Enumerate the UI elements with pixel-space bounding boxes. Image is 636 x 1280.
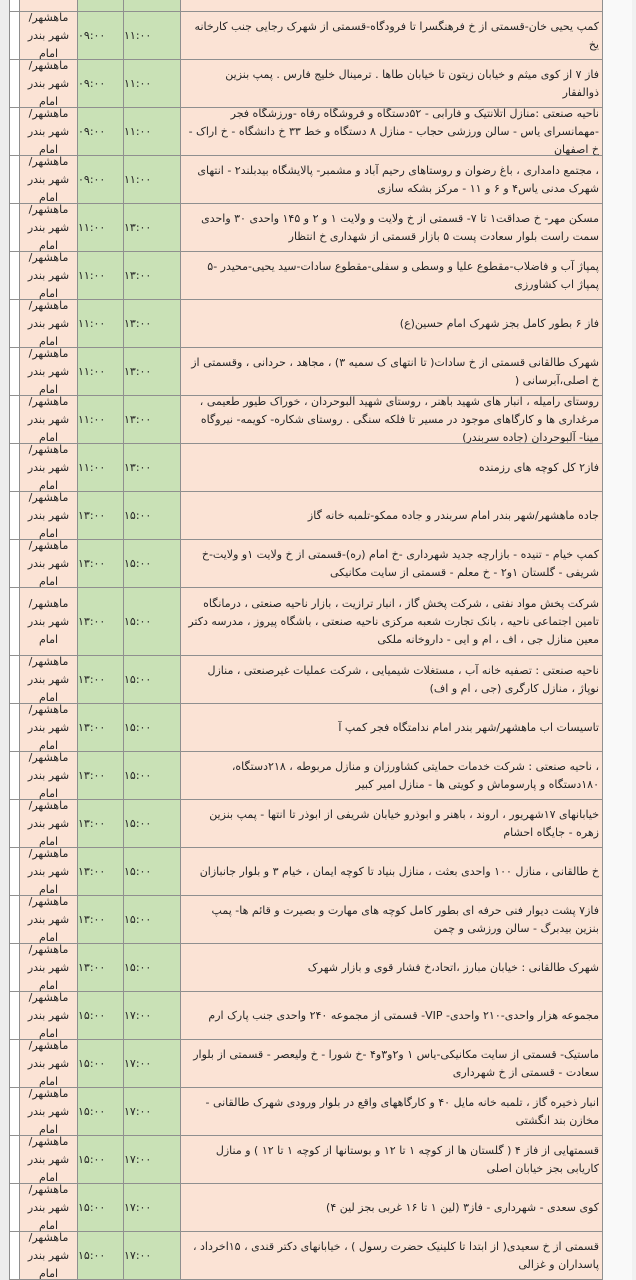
row-index-cell: [9, 204, 20, 252]
end-time-cell: ۱۳:۰۰: [124, 396, 181, 444]
area-description-text: تاسیسات اب ماهشهر/شهر بندر امام ندامتگاه…: [187, 719, 599, 737]
right-edge-strip: [632, 156, 636, 204]
table-row: ماهشهر/شهر بندر امام۱۳:۰۰۱۵:۰۰شهرک طالقا…: [0, 944, 636, 992]
right-edge-strip: [632, 0, 636, 12]
area-description-text: شرکت پخش مواد نفتی ، شرکت پخش گاز ، انبا…: [187, 595, 599, 649]
start-time-cell: ۱۵:۰۰: [78, 992, 124, 1040]
area-description-cell: پمپاژ آب و فاضلاب-مقطوع علیا و وسطی و سف…: [181, 252, 603, 300]
page-left-margin: [0, 0, 9, 12]
page-left-margin: [0, 252, 9, 300]
row-index-cell: [9, 108, 20, 156]
table-row: ماهشهر/شهر بندر امام۱۳:۰۰۱۵:۰۰فاز۷ پشت د…: [0, 896, 636, 944]
table-row-partial: [0, 0, 636, 12]
area-description-cell: شهرک طالقانی قسمتی از خ سادات( تا انتهای…: [181, 348, 603, 396]
start-time-cell: ۱۱:۰۰: [78, 204, 124, 252]
end-time-cell: ۱۵:۰۰: [124, 896, 181, 944]
area-description-cell: قسمتهایی از فاز ۴ ( گلستان ها از کوچه ۱ …: [181, 1136, 603, 1184]
right-edge-strip: [632, 588, 636, 656]
area-description-cell: شرکت پخش مواد نفتی ، شرکت پخش گاز ، انبا…: [181, 588, 603, 656]
table-row: ماهشهر/شهر بندر امام۱۳:۰۰۱۵:۰۰ناحیه صنعت…: [0, 656, 636, 704]
table-row: ماهشهر/شهر بندر امام۰۹:۰۰۱۱:۰۰فاز ۷ از ک…: [0, 60, 636, 108]
city-cell: ماهشهر/شهر بندر امام: [20, 204, 78, 252]
right-edge-strip: [632, 12, 636, 60]
page-left-margin: [0, 1040, 9, 1088]
area-description-cell: فاز۲ کل کوچه های رزمنده: [181, 444, 603, 492]
row-index-cell: [9, 752, 20, 800]
table-row: ماهشهر/شهر بندر امام۱۵:۰۰۱۷:۰۰مجموعه هزا…: [0, 992, 636, 1040]
city-cell: ماهشهر/شهر بندر امام: [20, 12, 78, 60]
city-cell: ماهشهر/شهر بندر امام: [20, 1136, 78, 1184]
city-cell: ماهشهر/شهر بندر امام: [20, 1040, 78, 1088]
page-left-margin: [0, 300, 9, 348]
table-row: ماهشهر/شهر بندر امام۱۱:۰۰۱۳:۰۰شهرک طالقا…: [0, 348, 636, 396]
start-time-cell: ۱۳:۰۰: [78, 848, 124, 896]
city-cell: ماهشهر/شهر بندر امام: [20, 348, 78, 396]
row-index-cell: [9, 444, 20, 492]
right-margin: [603, 252, 632, 300]
end-time-cell: ۱۵:۰۰: [124, 800, 181, 848]
right-margin: [603, 12, 632, 60]
outage-schedule-table: ماهشهر/شهر بندر امام۰۹:۰۰۱۱:۰۰کمپ یحیی خ…: [0, 0, 636, 1280]
page-left-margin: [0, 396, 9, 444]
end-time-cell: ۱۳:۰۰: [124, 252, 181, 300]
area-description-text: ، ناحیه صنعتی : شرکت خدمات حمایتی کشاورز…: [187, 758, 599, 794]
page-left-margin: [0, 60, 9, 108]
page-left-margin: [0, 992, 9, 1040]
table-row: ماهشهر/شهر بندر امام۰۹:۰۰۱۱:۰۰، مجتمع دا…: [0, 156, 636, 204]
right-edge-strip: [632, 540, 636, 588]
end-time-cell: ۱۵:۰۰: [124, 492, 181, 540]
city-cell: ماهشهر/شهر بندر امام: [20, 108, 78, 156]
table-row: ماهشهر/شهر بندر امام۱۳:۰۰۱۵:۰۰کمپ خیام -…: [0, 540, 636, 588]
right-edge-strip: [632, 944, 636, 992]
table-row: ماهشهر/شهر بندر امام۱۳:۰۰۱۵:۰۰خ طالقانی …: [0, 848, 636, 896]
start-time-cell: ۰۹:۰۰: [78, 108, 124, 156]
area-description-text: کمپ خیام - تنیده - بازارچه جدید شهرداری …: [187, 546, 599, 582]
right-margin: [603, 656, 632, 704]
row-index-cell: [9, 12, 20, 60]
end-time-cell: [124, 0, 181, 12]
area-description-cell: مسکن مهر- خ صداقت۱ تا ۷- قسمتی از خ ولای…: [181, 204, 603, 252]
start-time-cell: ۱۳:۰۰: [78, 944, 124, 992]
end-time-cell: ۱۳:۰۰: [124, 348, 181, 396]
end-time-cell: ۱۵:۰۰: [124, 944, 181, 992]
area-description-cell: روستای رامیله ، انبار های شهید باهنر ، ر…: [181, 396, 603, 444]
area-description-text: فاز ۶ بطور کامل بجز شهرک امام حسین(ع): [187, 315, 599, 333]
page-left-margin: [0, 896, 9, 944]
right-edge-strip: [632, 492, 636, 540]
area-description-cell: ناحیه صنعتی :منازل آتلانتیک و فارابی - ۵…: [181, 108, 603, 156]
right-edge-strip: [632, 656, 636, 704]
row-index-cell: [9, 60, 20, 108]
start-time-cell: ۱۳:۰۰: [78, 704, 124, 752]
end-time-cell: ۱۱:۰۰: [124, 108, 181, 156]
city-cell: ماهشهر/شهر بندر امام: [20, 1184, 78, 1232]
area-description-cell: ، ناحیه صنعتی : شرکت خدمات حمایتی کشاورز…: [181, 752, 603, 800]
right-margin: [603, 0, 632, 12]
page-left-margin: [0, 944, 9, 992]
city-cell: ماهشهر/شهر بندر امام: [20, 396, 78, 444]
right-margin: [603, 108, 632, 156]
area-description-cell: شهرک طالقانی : خیابان مبارز ،اتحاد،خ فشا…: [181, 944, 603, 992]
page-left-margin: [0, 1136, 9, 1184]
right-edge-strip: [632, 1136, 636, 1184]
area-description-text: فاز۲ کل کوچه های رزمنده: [187, 459, 599, 477]
area-description-text: جاده ماهشهر/شهر بندر امام سربندر و جاده …: [187, 507, 599, 525]
area-description-cell: مجموعه هزار واحدی-۲۱۰ واحدی- VIP- قسمتی …: [181, 992, 603, 1040]
right-edge-strip: [632, 1232, 636, 1280]
city-cell: ماهشهر/شهر بندر امام: [20, 492, 78, 540]
row-index-cell: [9, 1136, 20, 1184]
start-time-cell: ۱۳:۰۰: [78, 896, 124, 944]
row-index-cell: [9, 348, 20, 396]
area-description-text: قسمتهایی از فاز ۴ ( گلستان ها از کوچه ۱ …: [187, 1142, 599, 1178]
area-description-text: روستای رامیله ، انبار های شهید باهنر ، ر…: [187, 396, 599, 444]
row-index-cell: [9, 944, 20, 992]
start-time-cell: ۱۳:۰۰: [78, 588, 124, 656]
table-row: ماهشهر/شهر بندر امام۱۵:۰۰۱۷:۰۰قسمتی از خ…: [0, 1232, 636, 1280]
right-margin: [603, 704, 632, 752]
end-time-cell: ۱۳:۰۰: [124, 300, 181, 348]
page-left-margin: [0, 156, 9, 204]
area-description-cell: [181, 0, 603, 12]
table-row: ماهشهر/شهر بندر امام۱۵:۰۰۱۷:۰۰قسمتهایی ا…: [0, 1136, 636, 1184]
row-index-cell: [9, 0, 20, 12]
right-margin: [603, 1136, 632, 1184]
start-time-cell: ۱۱:۰۰: [78, 252, 124, 300]
right-edge-strip: [632, 992, 636, 1040]
right-margin: [603, 540, 632, 588]
row-index-cell: [9, 540, 20, 588]
right-margin: [603, 1184, 632, 1232]
city-cell: ماهشهر/شهر بندر امام: [20, 800, 78, 848]
start-time-cell: ۱۱:۰۰: [78, 396, 124, 444]
end-time-cell: ۱۷:۰۰: [124, 1184, 181, 1232]
right-margin: [603, 752, 632, 800]
start-time-cell: ۱۵:۰۰: [78, 1232, 124, 1280]
end-time-cell: ۱۵:۰۰: [124, 656, 181, 704]
end-time-cell: ۱۳:۰۰: [124, 204, 181, 252]
table-row: ماهشهر/شهر بندر امام۱۱:۰۰۱۳:۰۰مسکن مهر- …: [0, 204, 636, 252]
right-edge-strip: [632, 108, 636, 156]
area-description-cell: ناحیه صنعتی : تصفیه خانه آب ، مستغلات شی…: [181, 656, 603, 704]
page-left-margin: [0, 800, 9, 848]
row-index-cell: [9, 848, 20, 896]
area-description-cell: کمپ یحیی خان-قسمتی از خ فرهنگسرا تا فرود…: [181, 12, 603, 60]
start-time-cell: ۱۳:۰۰: [78, 800, 124, 848]
row-index-cell: [9, 252, 20, 300]
page-left-margin: [0, 348, 9, 396]
right-margin: [603, 800, 632, 848]
table-row: ماهشهر/شهر بندر امام۱۳:۰۰۱۵:۰۰، ناحیه صن…: [0, 752, 636, 800]
table-row: ماهشهر/شهر بندر امام۱۵:۰۰۱۷:۰۰کوی سعدی -…: [0, 1184, 636, 1232]
end-time-cell: ۱۷:۰۰: [124, 1088, 181, 1136]
right-margin: [603, 60, 632, 108]
row-index-cell: [9, 156, 20, 204]
row-index-cell: [9, 800, 20, 848]
end-time-cell: ۱۷:۰۰: [124, 1040, 181, 1088]
right-edge-strip: [632, 1184, 636, 1232]
area-description-cell: فاز۷ پشت دیوار فنی حرفه ای بطور کامل کوچ…: [181, 896, 603, 944]
end-time-cell: ۱۵:۰۰: [124, 848, 181, 896]
area-description-text: فاز ۷ از کوی میثم و خیابان زیتون تا خیاب…: [187, 66, 599, 102]
end-time-cell: ۱۷:۰۰: [124, 1232, 181, 1280]
right-edge-strip: [632, 348, 636, 396]
right-edge-strip: [632, 752, 636, 800]
start-time-cell: ۱۵:۰۰: [78, 1184, 124, 1232]
table-row: ماهشهر/شهر بندر امام۱۱:۰۰۱۳:۰۰فاز۲ کل کو…: [0, 444, 636, 492]
right-margin: [603, 444, 632, 492]
start-time-cell: ۱۱:۰۰: [78, 300, 124, 348]
page-left-margin: [0, 444, 9, 492]
right-edge-strip: [632, 800, 636, 848]
start-time-cell: ۱۵:۰۰: [78, 1040, 124, 1088]
area-description-text: مسکن مهر- خ صداقت۱ تا ۷- قسمتی از خ ولای…: [187, 210, 599, 246]
end-time-cell: ۱۷:۰۰: [124, 992, 181, 1040]
right-margin: [603, 348, 632, 396]
table-row: ماهشهر/شهر بندر امام۱۱:۰۰۱۳:۰۰پمپاژ آب و…: [0, 252, 636, 300]
table-row: ماهشهر/شهر بندر امام۰۹:۰۰۱۱:۰۰کمپ یحیی خ…: [0, 12, 636, 60]
area-description-cell: ، مجتمع دامداری ، باغ رضوان و روستاهای ر…: [181, 156, 603, 204]
table-row: ماهشهر/شهر بندر امام۱۳:۰۰۱۵:۰۰تاسیسات اب…: [0, 704, 636, 752]
page-left-margin: [0, 1232, 9, 1280]
area-description-cell: تاسیسات اب ماهشهر/شهر بندر امام ندامتگاه…: [181, 704, 603, 752]
page-left-margin: [0, 12, 9, 60]
city-cell: ماهشهر/شهر بندر امام: [20, 848, 78, 896]
right-margin: [603, 992, 632, 1040]
page-left-margin: [0, 492, 9, 540]
table-row: ماهشهر/شهر بندر امام۱۱:۰۰۱۳:۰۰فاز ۶ بطور…: [0, 300, 636, 348]
page-left-margin: [0, 704, 9, 752]
table-row: ماهشهر/شهر بندر امام۱۵:۰۰۱۷:۰۰ماستیک- قس…: [0, 1040, 636, 1088]
page-left-margin: [0, 1184, 9, 1232]
right-edge-strip: [632, 396, 636, 444]
row-index-cell: [9, 588, 20, 656]
area-description-text: خ طالقانی ، منازل ۱۰۰ واحدی بعثت ، منازل…: [187, 863, 599, 881]
start-time-cell: ۰۹:۰۰: [78, 156, 124, 204]
row-index-cell: [9, 656, 20, 704]
end-time-cell: ۱۱:۰۰: [124, 60, 181, 108]
start-time-cell: ۱۵:۰۰: [78, 1088, 124, 1136]
area-description-cell: جاده ماهشهر/شهر بندر امام سربندر و جاده …: [181, 492, 603, 540]
table-row: ماهشهر/شهر بندر امام۱۱:۰۰۱۳:۰۰روستای رام…: [0, 396, 636, 444]
city-cell: ماهشهر/شهر بندر امام: [20, 944, 78, 992]
area-description-cell: خ طالقانی ، منازل ۱۰۰ واحدی بعثت ، منازل…: [181, 848, 603, 896]
city-cell: ماهشهر/شهر بندر امام: [20, 444, 78, 492]
page-left-margin: [0, 752, 9, 800]
table-row: ماهشهر/شهر بندر امام۱۳:۰۰۱۵:۰۰شرکت پخش م…: [0, 588, 636, 656]
city-cell: ماهشهر/شهر بندر امام: [20, 300, 78, 348]
start-time-cell: [78, 0, 124, 12]
right-edge-strip: [632, 60, 636, 108]
right-margin: [603, 156, 632, 204]
area-description-cell: کمپ خیام - تنیده - بازارچه جدید شهرداری …: [181, 540, 603, 588]
page-left-margin: [0, 588, 9, 656]
table-row: ماهشهر/شهر بندر امام۱۳:۰۰۱۵:۰۰خیابانهای …: [0, 800, 636, 848]
start-time-cell: ۱۳:۰۰: [78, 492, 124, 540]
right-edge-strip: [632, 896, 636, 944]
start-time-cell: ۱۳:۰۰: [78, 540, 124, 588]
page-left-margin: [0, 848, 9, 896]
table-row: ماهشهر/شهر بندر امام۱۳:۰۰۱۵:۰۰جاده ماهشه…: [0, 492, 636, 540]
page-left-margin: [0, 108, 9, 156]
right-edge-strip: [632, 300, 636, 348]
right-margin: [603, 944, 632, 992]
right-edge-strip: [632, 204, 636, 252]
city-cell: ماهشهر/شهر بندر امام: [20, 156, 78, 204]
area-description-text: ناحیه صنعتی :منازل آتلانتیک و فارابی - ۵…: [187, 108, 599, 156]
right-margin: [603, 848, 632, 896]
end-time-cell: ۱۵:۰۰: [124, 752, 181, 800]
end-time-cell: ۱۵:۰۰: [124, 588, 181, 656]
area-description-text: قسمتی از خ سعیدی( از ابتدا تا کلینیک حضر…: [187, 1238, 599, 1274]
row-index-cell: [9, 492, 20, 540]
area-description-text: کوی سعدی - شهرداری - فاز۳ (لین ۱ تا ۱۶ غ…: [187, 1199, 599, 1217]
page-left-margin: [0, 1088, 9, 1136]
right-margin: [603, 1040, 632, 1088]
city-cell: ماهشهر/شهر بندر امام: [20, 896, 78, 944]
area-description-text: شهرک طالقانی قسمتی از خ سادات( تا انتهای…: [187, 354, 599, 390]
area-description-cell: ماستیک- قسمتی از سایت مکانیکی-یاس ۱ و۲و۳…: [181, 1040, 603, 1088]
start-time-cell: ۰۹:۰۰: [78, 12, 124, 60]
start-time-cell: ۱۱:۰۰: [78, 348, 124, 396]
end-time-cell: ۱۵:۰۰: [124, 540, 181, 588]
page-left-margin: [0, 656, 9, 704]
start-time-cell: ۱۱:۰۰: [78, 444, 124, 492]
row-index-cell: [9, 396, 20, 444]
row-index-cell: [9, 992, 20, 1040]
area-description-cell: فاز ۷ از کوی میثم و خیابان زیتون تا خیاب…: [181, 60, 603, 108]
start-time-cell: ۱۳:۰۰: [78, 656, 124, 704]
city-cell: ماهشهر/شهر بندر امام: [20, 992, 78, 1040]
area-description-text: ماستیک- قسمتی از سایت مکانیکی-یاس ۱ و۲و۳…: [187, 1046, 599, 1082]
city-cell: [20, 0, 78, 12]
area-description-text: مجموعه هزار واحدی-۲۱۰ واحدی- VIP- قسمتی …: [187, 1007, 599, 1025]
right-margin: [603, 396, 632, 444]
area-description-text: کمپ یحیی خان-قسمتی از خ فرهنگسرا تا فرود…: [187, 18, 599, 54]
city-cell: ماهشهر/شهر بندر امام: [20, 60, 78, 108]
end-time-cell: ۱۳:۰۰: [124, 444, 181, 492]
right-margin: [603, 588, 632, 656]
area-description-text: ناحیه صنعتی : تصفیه خانه آب ، مستغلات شی…: [187, 662, 599, 698]
right-edge-strip: [632, 704, 636, 752]
city-cell: ماهشهر/شهر بندر امام: [20, 656, 78, 704]
area-description-cell: کوی سعدی - شهرداری - فاز۳ (لین ۱ تا ۱۶ غ…: [181, 1184, 603, 1232]
right-edge-strip: [632, 1088, 636, 1136]
area-description-text: خیابانهای ۱۷شهریور ، اروند ، باهنر و ابو…: [187, 806, 599, 842]
start-time-cell: ۰۹:۰۰: [78, 60, 124, 108]
right-edge-strip: [632, 848, 636, 896]
page-left-margin: [0, 540, 9, 588]
end-time-cell: ۱۱:۰۰: [124, 12, 181, 60]
right-margin: [603, 1088, 632, 1136]
right-edge-strip: [632, 252, 636, 300]
area-description-text: انبار ذخیره گاز ، تلمبه خانه مایل ۴۰ و ک…: [187, 1094, 599, 1130]
city-cell: ماهشهر/شهر بندر امام: [20, 752, 78, 800]
start-time-cell: ۱۳:۰۰: [78, 752, 124, 800]
table-row: ماهشهر/شهر بندر امام۱۵:۰۰۱۷:۰۰انبار ذخیر…: [0, 1088, 636, 1136]
table-row: ماهشهر/شهر بندر امام۰۹:۰۰۱۱:۰۰ناحیه صنعت…: [0, 108, 636, 156]
row-index-cell: [9, 1040, 20, 1088]
area-description-cell: قسمتی از خ سعیدی( از ابتدا تا کلینیک حضر…: [181, 1232, 603, 1280]
area-description-cell: خیابانهای ۱۷شهریور ، اروند ، باهنر و ابو…: [181, 800, 603, 848]
right-edge-strip: [632, 1040, 636, 1088]
city-cell: ماهشهر/شهر بندر امام: [20, 588, 78, 656]
end-time-cell: ۱۱:۰۰: [124, 156, 181, 204]
area-description-text: پمپاژ آب و فاضلاب-مقطوع علیا و وسطی و سف…: [187, 258, 599, 294]
area-description-text: شهرک طالقانی : خیابان مبارز ،اتحاد،خ فشا…: [187, 959, 599, 977]
city-cell: ماهشهر/شهر بندر امام: [20, 252, 78, 300]
row-index-cell: [9, 1184, 20, 1232]
city-cell: ماهشهر/شهر بندر امام: [20, 1088, 78, 1136]
right-margin: [603, 896, 632, 944]
row-index-cell: [9, 704, 20, 752]
city-cell: ماهشهر/شهر بندر امام: [20, 704, 78, 752]
city-cell: ماهشهر/شهر بندر امام: [20, 1232, 78, 1280]
right-edge-strip: [632, 444, 636, 492]
end-time-cell: ۱۵:۰۰: [124, 704, 181, 752]
area-description-cell: فاز ۶ بطور کامل بجز شهرک امام حسین(ع): [181, 300, 603, 348]
start-time-cell: ۱۵:۰۰: [78, 1136, 124, 1184]
right-margin: [603, 492, 632, 540]
right-margin: [603, 204, 632, 252]
area-description-cell: انبار ذخیره گاز ، تلمبه خانه مایل ۴۰ و ک…: [181, 1088, 603, 1136]
row-index-cell: [9, 300, 20, 348]
page-left-margin: [0, 204, 9, 252]
area-description-text: ، مجتمع دامداری ، باغ رضوان و روستاهای ر…: [187, 162, 599, 198]
right-margin: [603, 1232, 632, 1280]
city-cell: ماهشهر/شهر بندر امام: [20, 540, 78, 588]
row-index-cell: [9, 1232, 20, 1280]
right-margin: [603, 300, 632, 348]
end-time-cell: ۱۷:۰۰: [124, 1136, 181, 1184]
area-description-text: فاز۷ پشت دیوار فنی حرفه ای بطور کامل کوچ…: [187, 902, 599, 938]
row-index-cell: [9, 896, 20, 944]
row-index-cell: [9, 1088, 20, 1136]
